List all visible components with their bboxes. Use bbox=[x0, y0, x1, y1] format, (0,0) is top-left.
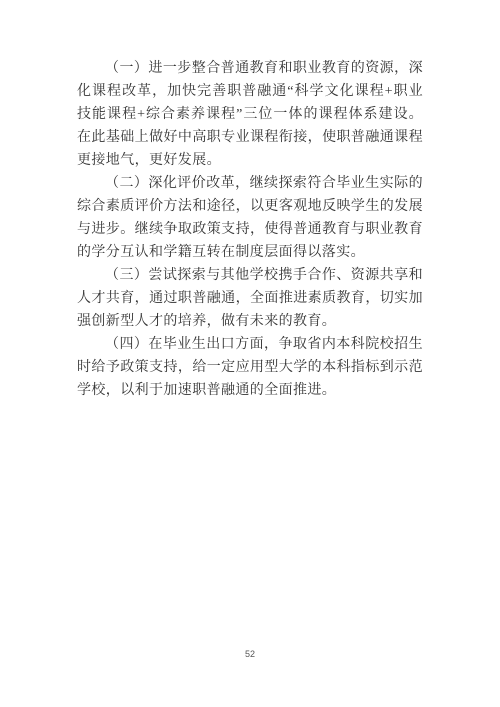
document-page: （一）进一步整合普通教育和职业教育的资源，深化课程改革，加快完善职普融通“科学文… bbox=[0, 0, 500, 707]
page-number: 52 bbox=[0, 649, 500, 659]
paragraph-4: （四）在毕业生出口方面，争取省内本科院校招生时给予政策支持，给一定应用型大学的本… bbox=[77, 333, 423, 402]
document-body: （一）进一步整合普通教育和职业教育的资源，深化课程改革，加快完善职普融通“科学文… bbox=[77, 57, 423, 402]
paragraph-1: （一）进一步整合普通教育和职业教育的资源，深化课程改革，加快完善职普融通“科学文… bbox=[77, 57, 423, 172]
paragraph-2: （二）深化评价改革，继续探索符合毕业生实际的综合素质评价方法和途径，以更客观地反… bbox=[77, 172, 423, 264]
paragraph-3: （三）尝试探索与其他学校携手合作、资源共享和人才共育，通过职普融通，全面推进素质… bbox=[77, 264, 423, 333]
